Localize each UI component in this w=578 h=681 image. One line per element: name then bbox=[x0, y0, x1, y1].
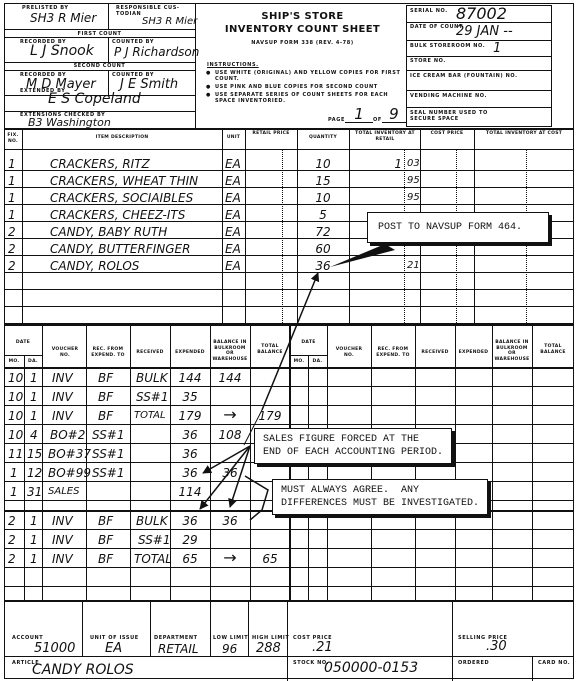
callout-post-to-navsup: POST TO NAVSUP FORM 464. bbox=[367, 212, 549, 243]
callout-sales-figure: SALES FIGURE FORCED AT THE END OF EACH A… bbox=[254, 428, 452, 464]
annotation-arrows bbox=[0, 0, 578, 681]
callout-must-agree: MUST ALWAYS AGREE. ANY DIFFERENCES MUST … bbox=[272, 479, 488, 515]
